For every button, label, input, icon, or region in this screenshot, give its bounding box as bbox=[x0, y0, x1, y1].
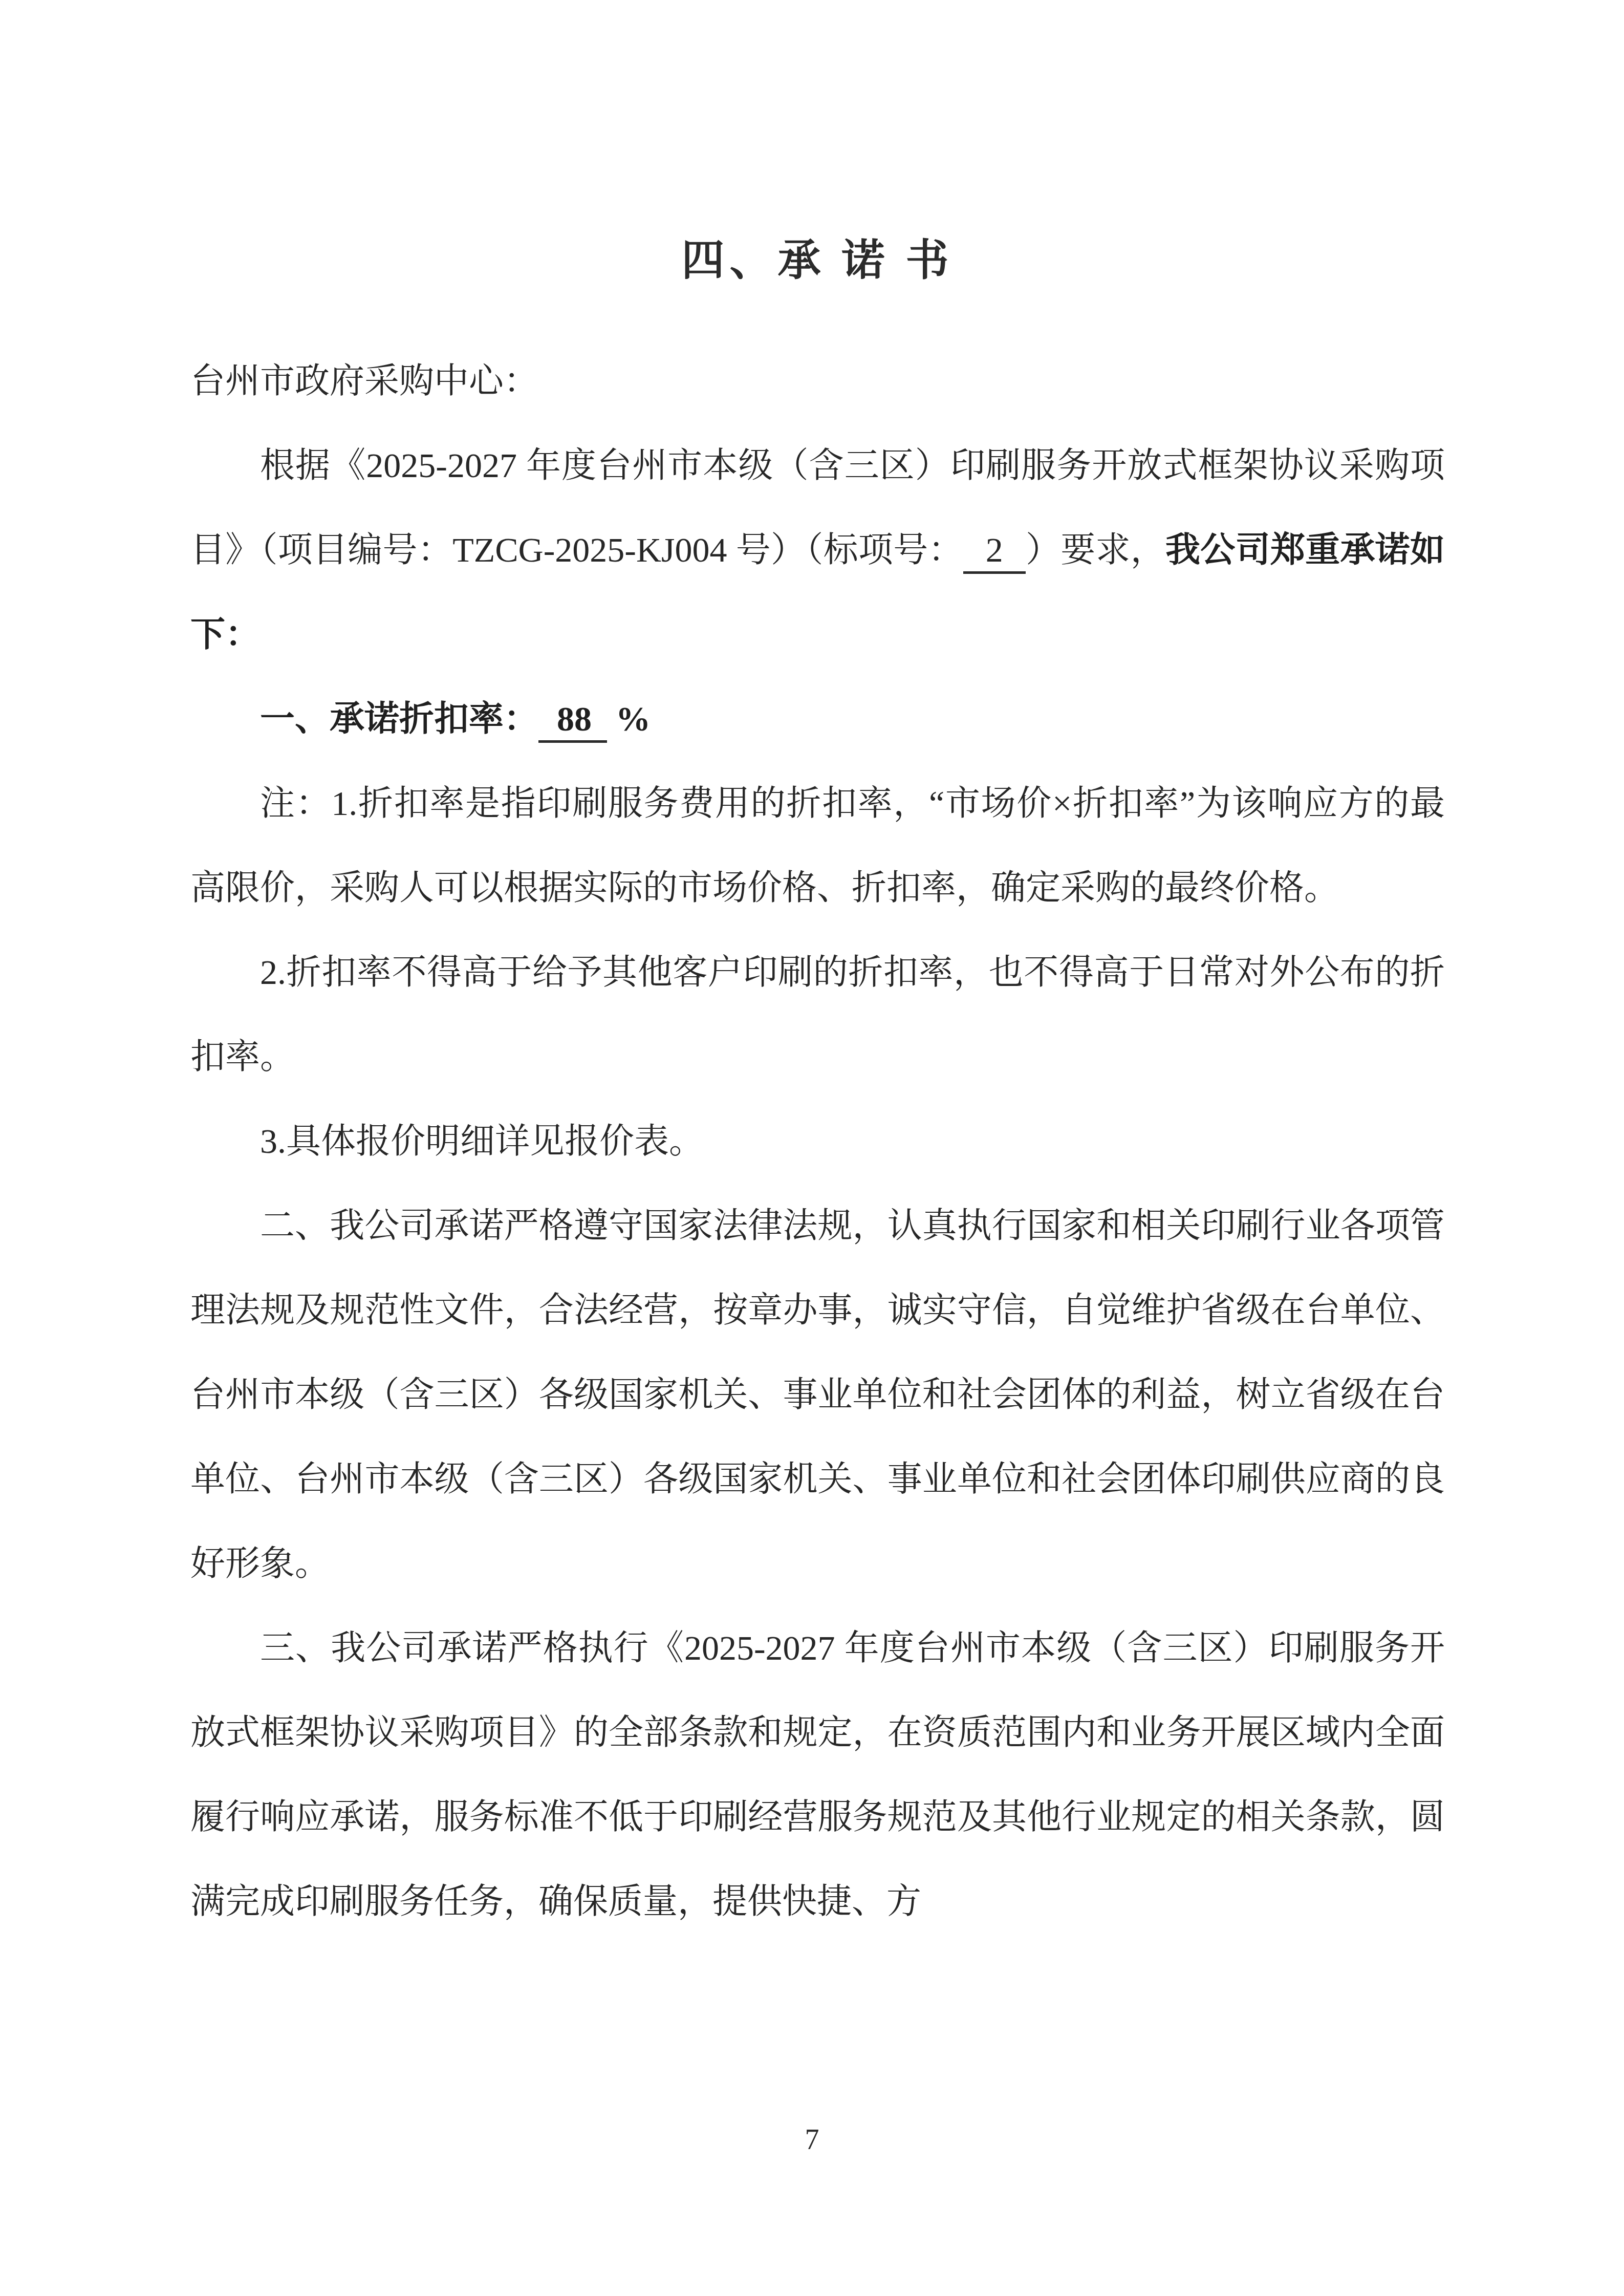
note-1: 注：1.折扣率是指印刷服务费用的折扣率，“市场价×折扣率”为该响应方的最高限价，… bbox=[190, 761, 1445, 930]
item1-label: 一、承诺折扣率： bbox=[260, 699, 538, 738]
salutation: 台州市政府采购中心： bbox=[190, 339, 1445, 423]
item3-paragraph: 三、我公司承诺严格执行《2025-2027 年度台州市本级（含三区）印刷服务开放… bbox=[190, 1606, 1445, 1944]
item1-unit: % bbox=[616, 699, 651, 738]
discount-rate-blank: 88 bbox=[538, 699, 607, 743]
document-page: 四、承 诺 书 台州市政府采购中心： 根据《2025-2027 年度台州市本级（… bbox=[0, 0, 1624, 2296]
note-3: 3.具体报价明细详见报价表。 bbox=[190, 1099, 1445, 1184]
page-number: 7 bbox=[0, 2123, 1624, 2156]
document-title: 四、承 诺 书 bbox=[190, 0, 1445, 283]
intro-text-after-bid: ）要求， bbox=[1026, 530, 1165, 569]
note-2: 2.折扣率不得高于给予其他客户印刷的折扣率，也不得高于日常对外公布的折扣率。 bbox=[190, 930, 1445, 1099]
item2-paragraph: 二、我公司承诺严格遵守国家法律法规，认真执行国家和相关印刷行业各项管理法规及规范… bbox=[190, 1184, 1445, 1606]
item1-discount-rate: 一、承诺折扣率：88 % bbox=[190, 677, 1445, 761]
document-content: 四、承 诺 书 台州市政府采购中心： 根据《2025-2027 年度台州市本级（… bbox=[0, 0, 1624, 1944]
bid-number-blank: 2 bbox=[963, 530, 1026, 574]
intro-paragraph: 根据《2025-2027 年度台州市本级（含三区）印刷服务开放式框架协议采购项目… bbox=[190, 423, 1445, 677]
document-body: 台州市政府采购中心： 根据《2025-2027 年度台州市本级（含三区）印刷服务… bbox=[190, 339, 1445, 1944]
